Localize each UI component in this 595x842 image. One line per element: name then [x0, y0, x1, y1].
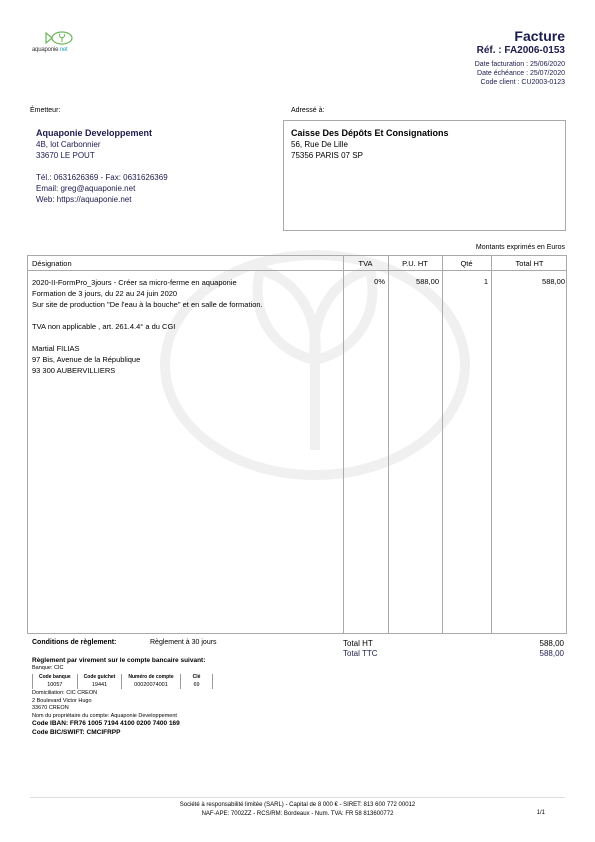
- bank-details: Règlement par virement sur le compte ban…: [32, 657, 213, 737]
- sender-web: Web: https://aquaponie.net: [36, 194, 168, 205]
- line-pu-ht: 588,00: [388, 277, 439, 286]
- designation-line: [32, 310, 263, 321]
- page-number: 1/1: [537, 810, 545, 816]
- footer-divider: [30, 797, 565, 798]
- column-divider: [343, 256, 344, 633]
- bank-name: Banque: CIC: [32, 665, 213, 673]
- line-qte: 1: [442, 277, 488, 286]
- column-divider: [388, 256, 389, 633]
- column-divider: [491, 256, 492, 633]
- bank-owner: Nom du propriétaire du compte: Aquaponie…: [32, 713, 213, 721]
- recipient-block: Caisse Des Dépôts Et Consignations 56, R…: [291, 128, 449, 161]
- bank-bic: Code BIC/SWIFT: CMCIFRPP: [32, 729, 213, 738]
- bank-intro: Règlement par virement sur le compte ban…: [32, 657, 213, 665]
- sender-block: Aquaponie Developpement 4B, lot Carbonni…: [36, 128, 168, 205]
- column-divider: [442, 256, 443, 633]
- invoice-title: Facture: [475, 28, 565, 44]
- sender-phone: Tél.: 0631626369 - Fax: 0631626369: [36, 172, 168, 183]
- invoice-ref: Réf. : FA2006-0153: [475, 44, 565, 57]
- logo-text: aquaponie.net: [32, 47, 67, 53]
- line-tva: 0%: [343, 277, 385, 286]
- header-divider: [28, 270, 566, 271]
- designation-line: 93 300 AUBERVILLIERS: [32, 365, 263, 376]
- sender-address1: 4B, lot Carbonnier: [36, 139, 168, 150]
- legal-footer: Société à responsabilité limitée (SARL) …: [0, 801, 595, 819]
- designation-line: Sur site de production "De l'eau à la bo…: [32, 299, 263, 310]
- total-ht-row: Total HT 588,00: [343, 639, 564, 649]
- header-pu-ht: P.U. HT: [388, 259, 442, 268]
- sender-email: Email: greg@aquaponie.net: [36, 183, 168, 194]
- payment-conditions-label: Conditions de règlement:: [32, 639, 116, 646]
- due-date: Date échéance : 25/07/2020: [475, 69, 565, 78]
- sender-label: Émetteur:: [30, 107, 60, 114]
- bank-domiciliation: Domiciliation: CIC CREON: [32, 690, 213, 698]
- bank-account-table: Code banque10057 Code guichet19441 Numér…: [32, 674, 213, 689]
- designation-line: 97 Bis, Avenue de la République: [32, 354, 263, 365]
- header-tva: TVA: [343, 259, 388, 268]
- designation-line: TVA non applicable , art. 261.4.4° a du …: [32, 321, 263, 332]
- line-designation: 2020-II-FormPro_3jours - Créer sa micro-…: [32, 277, 263, 376]
- sender-name: Aquaponie Developpement: [36, 128, 168, 139]
- currency-note: Montants exprimés en Euros: [476, 244, 565, 251]
- recipient-name: Caisse Des Dépôts Et Consignations: [291, 128, 449, 139]
- designation-line: 2020-II-FormPro_3jours - Créer sa micro-…: [32, 277, 263, 288]
- total-ttc-value: 588,00: [540, 649, 564, 659]
- sender-address2: 33670 LE POUT: [36, 150, 168, 161]
- recipient-label: Adressé à:: [291, 107, 324, 114]
- invoice-date: Date facturation : 25/06/2020: [475, 60, 565, 69]
- designation-line: Martial FILIAS: [32, 343, 263, 354]
- invoice-header: Facture Réf. : FA2006-0153 Date facturat…: [475, 28, 565, 87]
- recipient-address1: 56, Rue De Lille: [291, 139, 449, 150]
- total-ht-value: 588,00: [540, 639, 564, 649]
- bank-iban: Code IBAN: FR76 1005 7194 4100 0200 7400…: [32, 720, 213, 729]
- fish-logo-icon: [40, 30, 80, 46]
- payment-conditions-value: Règlement à 30 jours: [150, 639, 217, 646]
- invoice-lines-table: Désignation TVA P.U. HT Qté Total HT 202…: [27, 255, 567, 634]
- recipient-address2: 75356 PARIS 07 SP: [291, 150, 449, 161]
- designation-line: [32, 332, 263, 343]
- bank-address2: 33670 CREON: [32, 705, 213, 713]
- designation-line: Formation de 3 jours, du 22 au 24 juin 2…: [32, 288, 263, 299]
- totals-block: Total HT 588,00 Total TTC 588,00: [343, 639, 564, 659]
- client-code: Code client : CU2003-0123: [475, 78, 565, 87]
- bank-address1: 2 Boulevard Victor Hugo: [32, 698, 213, 706]
- line-total-ht: 588,00: [491, 277, 565, 286]
- header-qte: Qté: [442, 259, 491, 268]
- total-ttc-row: Total TTC 588,00: [343, 649, 564, 659]
- header-total-ht: Total HT: [491, 259, 568, 268]
- header-designation: Désignation: [32, 259, 72, 268]
- company-logo: aquaponie.net: [28, 30, 90, 56]
